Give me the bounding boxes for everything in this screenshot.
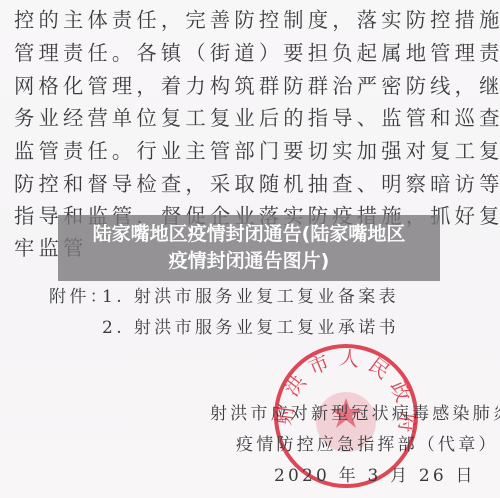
issuer-name-line1: 射洪市应对新型冠状病毒感染肺炎 <box>210 399 500 424</box>
paragraph-line: 管理责任。各镇（街道）要担负起属地管理责任，进一步强化 <box>14 42 500 64</box>
document-page: 控的主体责任，完善防控制度，落实防控措施。二是落实属地 管理责任。各镇（街道）要… <box>0 0 500 498</box>
overlay-title-line1: 陆家嘴地区疫情封闭通告(陆家嘴地区 <box>93 221 406 248</box>
overlay-title-line2: 疫情封闭通告图片) <box>169 248 330 275</box>
paragraph-line: 监管责任。行业主管部门要切实加强对复工复业经营单位疫情 <box>14 140 500 162</box>
issue-date: 2020 年 3 月 26 日 <box>274 461 476 486</box>
title-overlay-banner: 陆家嘴地区疫情封闭通告(陆家嘴地区 疫情封闭通告图片) <box>58 215 440 281</box>
issuer-name-line2: 疫情防控应急指挥部（代章） <box>236 430 499 455</box>
attachment-item: 2. 射洪市服务业复工复业承诺书 <box>102 313 399 338</box>
attachment-item: 1. 射洪市服务业复工复业备案表 <box>102 282 399 307</box>
paragraph-line: 务业经营单位复工复业后的指导、监管和巡查。三是落实行业 <box>14 107 500 129</box>
paragraph-line: 防控和督导检查，采取随机抽查、明察暗访等方式，加强行业 <box>14 173 500 195</box>
paragraph-line: 控的主体责任，完善防控制度，落实防控措施。二是落实属地 <box>14 9 500 31</box>
paragraph-line: 网格化管理，着力构筑群防群治严密防线，继续做好辖区内服 <box>14 75 500 97</box>
